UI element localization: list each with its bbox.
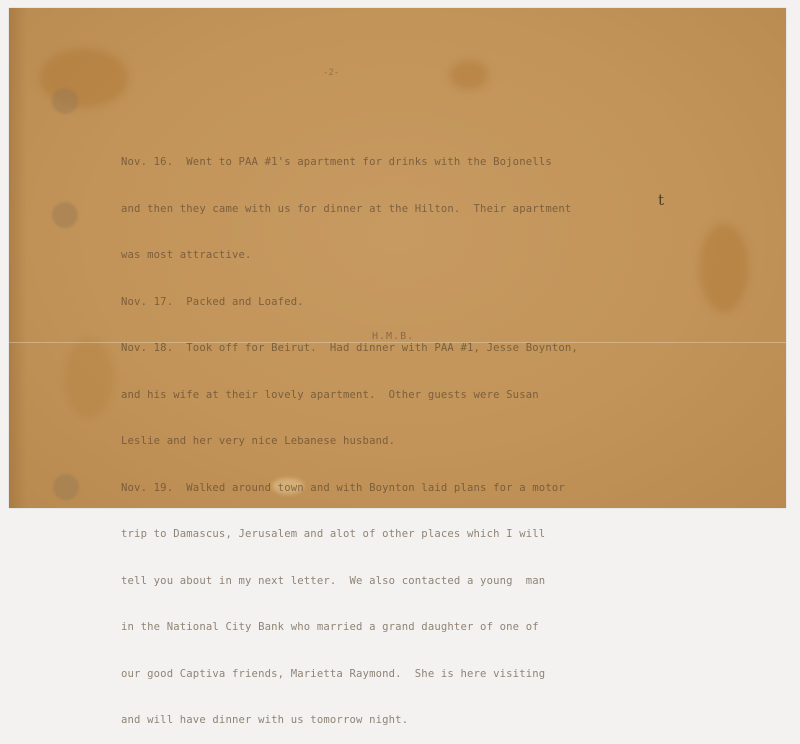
stain-left-lower	[64, 338, 114, 418]
entry-nov18-line3: Leslie and her very nice Lebanese husban…	[121, 434, 721, 450]
entry-nov16-line1: Nov. 16. Went to PAA #1's apartment for …	[121, 155, 721, 171]
handwritten-correction: t	[658, 191, 664, 209]
entry-nov18-line1: Nov. 18. Took off for Beirut. Had dinner…	[121, 341, 721, 357]
punch-hole-bottom	[53, 474, 79, 500]
entry-nov17-line1: Nov. 17. Packed and Loafed.	[121, 295, 721, 311]
entry-nov19-line1: Nov. 19. Walked around town and with Boy…	[121, 481, 721, 497]
entry-nov16-line3: was most attractive.	[121, 248, 721, 264]
signature-initials: H.M.B.	[372, 331, 414, 342]
letter-body: Nov. 16. Went to PAA #1's apartment for …	[121, 124, 721, 523]
entry-nov16-line2: and then they came with us for dinner at…	[121, 202, 721, 218]
punch-hole-top	[52, 88, 78, 114]
page-number-mark: -2-	[323, 68, 339, 78]
stain-top-right	[449, 60, 489, 90]
entry-nov18-line2: and his wife at their lovely apartment. …	[121, 388, 721, 404]
punch-hole-middle	[52, 202, 78, 228]
